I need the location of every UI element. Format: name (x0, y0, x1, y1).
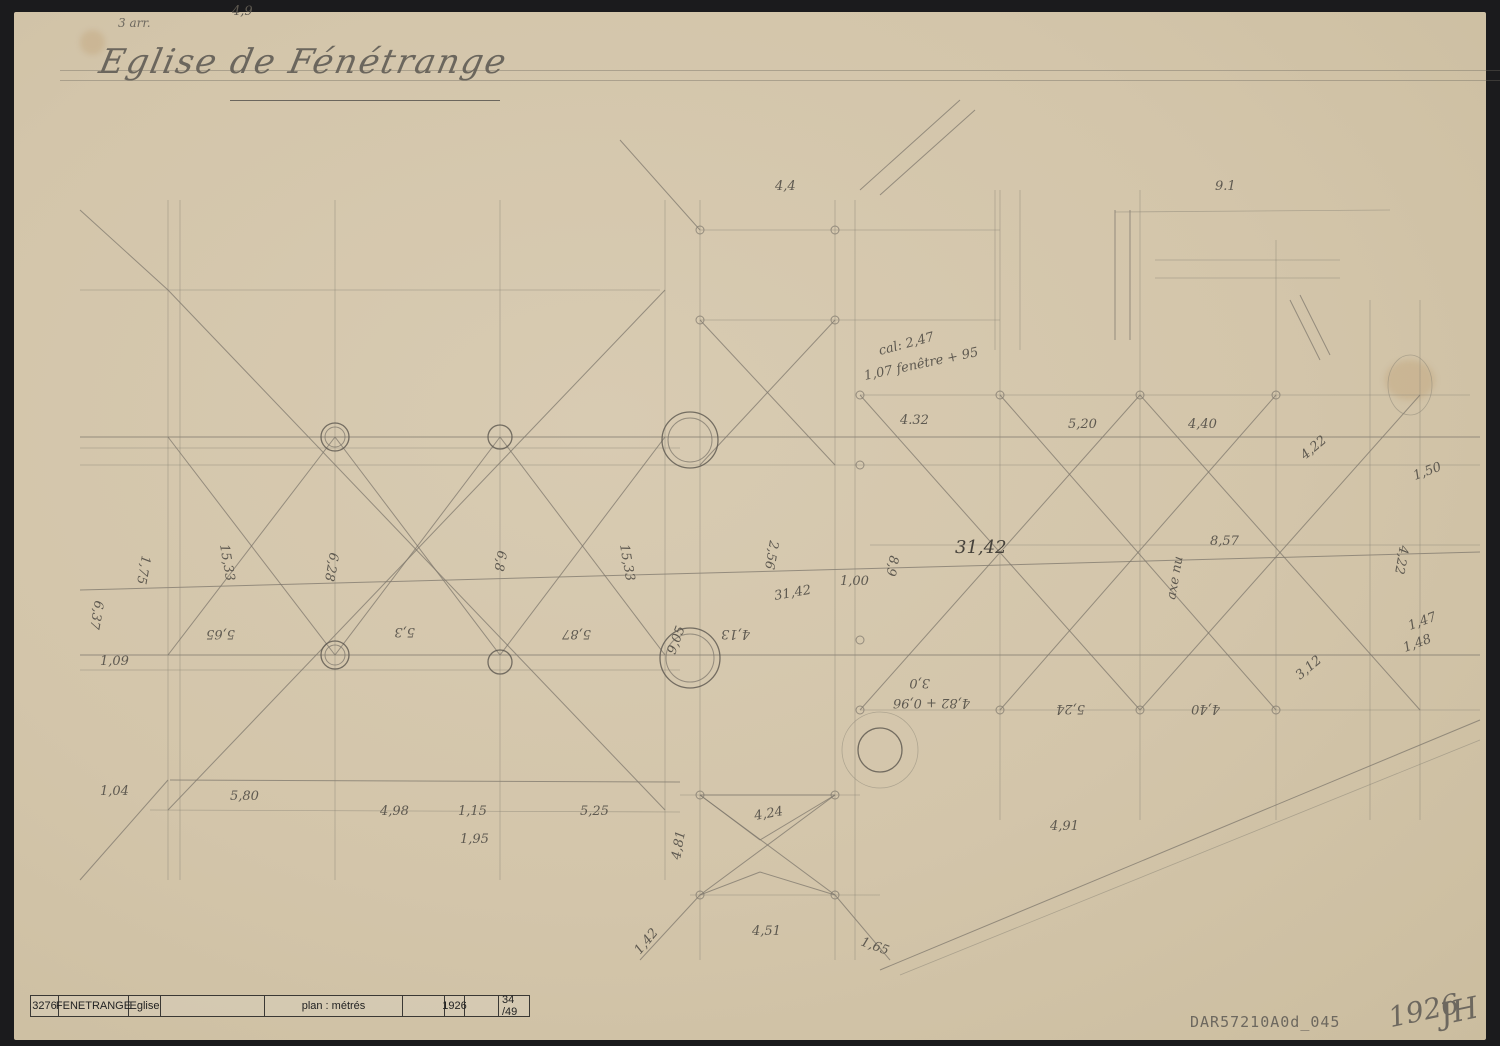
caption-blank (403, 996, 445, 1016)
stair-hatching (995, 190, 1340, 360)
svg-text:4,82 + 0,96: 4,82 + 0,96 (893, 695, 971, 710)
svg-text:4.32: 4.32 (899, 413, 929, 428)
svg-text:5,3: 5,3 (394, 624, 415, 639)
svg-text:15,33: 15,33 (616, 543, 637, 582)
svg-text:5,87: 5,87 (561, 626, 591, 641)
svg-text:31,42: 31,42 (773, 583, 812, 604)
svg-text:1,95: 1,95 (460, 832, 489, 847)
vertical-guides (168, 190, 1420, 960)
archive-reference: DAR57210A0d_045 (1190, 1013, 1340, 1031)
piers (321, 226, 1432, 899)
svg-text:1,09: 1,09 (100, 654, 129, 669)
plan-drawing: 31,42 31,42 5,80 4,98 5,25 4.32 5,20 4,4… (0, 0, 1500, 1046)
svg-text:1,47: 1,47 (1406, 610, 1439, 634)
dimension-labels: 31,42 31,42 5,80 4,98 5,25 4.32 5,20 4,4… (86, 4, 1444, 959)
svg-text:2,56: 2,56 (761, 538, 781, 570)
svg-text:4,4: 4,4 (774, 179, 796, 194)
svg-text:15,33: 15,33 (216, 543, 237, 582)
caption-blank (465, 996, 499, 1016)
archive-caption-strip: 3276 FENETRANGE Eglise plan : métrés 192… (30, 995, 530, 1017)
svg-text:5,80: 5,80 (230, 789, 259, 804)
horizontal-guides (80, 210, 1480, 895)
svg-text:6,37: 6,37 (86, 599, 106, 631)
svg-text:3,12: 3,12 (1293, 653, 1325, 683)
svg-text:31,42: 31,42 (955, 537, 1007, 558)
caption-commune: FENETRANGE (59, 996, 129, 1016)
svg-text:1,75: 1,75 (133, 554, 153, 585)
svg-text:5,20: 5,20 (1068, 417, 1097, 432)
svg-text:1,50: 1,50 (1411, 460, 1443, 484)
svg-text:5,65: 5,65 (206, 626, 235, 641)
svg-text:6,8: 6,8 (490, 549, 508, 572)
caption-number: 3276 (31, 996, 59, 1016)
svg-text:4,51: 4,51 (751, 924, 781, 939)
svg-text:4,40: 4,40 (1191, 701, 1221, 716)
svg-text:4,22: 4,22 (1297, 433, 1330, 464)
svg-text:1,04: 1,04 (100, 784, 129, 799)
caption-year: 1926 (445, 996, 465, 1016)
svg-text:4,9: 4,9 (231, 4, 253, 19)
svg-text:5,25: 5,25 (580, 804, 609, 819)
svg-text:3,0: 3,0 (909, 675, 930, 690)
svg-text:9.1: 9.1 (1215, 179, 1236, 194)
outer-wall-line (880, 720, 1480, 970)
svg-text:4,81: 4,81 (669, 830, 689, 862)
svg-text:4,24: 4,24 (752, 804, 784, 824)
svg-text:9,05: 9,05 (665, 624, 689, 656)
svg-text:4,91: 4,91 (1049, 819, 1079, 834)
caption-sheet-number: 34 /49 (499, 996, 529, 1016)
svg-text:8,9: 8,9 (882, 554, 900, 577)
svg-text:4,22: 4,22 (1391, 543, 1411, 575)
svg-text:axe nu: axe nu (1164, 555, 1186, 601)
svg-text:1,00: 1,00 (840, 574, 869, 589)
svg-text:8,57: 8,57 (1210, 534, 1240, 549)
svg-text:4,40: 4,40 (1187, 417, 1217, 432)
caption-type: plan : métrés (265, 996, 403, 1016)
svg-text:4,98: 4,98 (379, 804, 409, 819)
svg-text:6,28: 6,28 (321, 551, 341, 582)
caption-building: Eglise (129, 996, 161, 1016)
svg-text:1,15: 1,15 (458, 804, 487, 819)
svg-text:4,13: 4,13 (721, 626, 751, 641)
svg-text:1,48: 1,48 (1401, 632, 1433, 656)
svg-text:5,24: 5,24 (1056, 701, 1085, 716)
svg-text:1,65: 1,65 (859, 935, 891, 959)
caption-blank (161, 996, 265, 1016)
